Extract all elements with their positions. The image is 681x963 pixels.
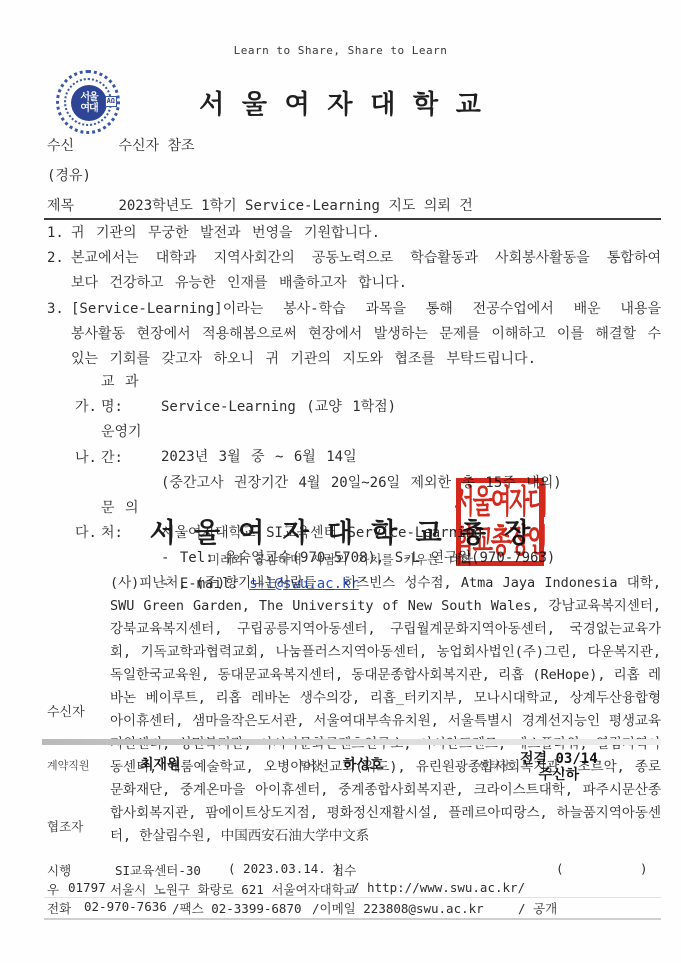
subject-label: 제목 bbox=[47, 191, 110, 221]
postal-code: 01797 bbox=[68, 880, 106, 895]
approval-line: 계약직원 최재원 팀장 하성호 센터장 전결 03/14 주신하 bbox=[0, 751, 681, 797]
footer-end-line bbox=[44, 918, 661, 920]
detail-label: 교 과 명: bbox=[101, 370, 161, 420]
recipients-list: (사)피난처, (주)향기내는사람들 _ 히즈빈스 성수점, Atma Jaya… bbox=[110, 572, 661, 848]
paragraph-text: [Service-Learning]이라는 봉사-학습 과목을 통해 전공수업에… bbox=[71, 301, 661, 367]
footer-divider-line bbox=[44, 897, 661, 898]
section-divider-bar bbox=[42, 739, 661, 745]
body-paragraphs: 1. 귀 기관의 무궁한 발전과 번영을 기원합니다. 2. 본교에서는 대학과… bbox=[47, 221, 661, 372]
recipient-label: 수신 bbox=[47, 131, 110, 161]
receive-paren-open: ( bbox=[556, 861, 564, 876]
approver-name: 하성호 bbox=[343, 754, 384, 774]
via-label: (경유) bbox=[47, 168, 91, 184]
university-tagline: 미래와 공감하며 사람의 가치를 키우는 대학 bbox=[0, 550, 681, 568]
paragraph-text: 본교에서는 대학과 지역사회간의 공동노력으로 학습활동과 사회봉사활동을 통합… bbox=[71, 250, 661, 291]
body-paragraph-1: 1. 귀 기관의 무궁한 발전과 번영을 기원합니다. bbox=[47, 221, 661, 246]
postal-label: 우 bbox=[47, 880, 59, 898]
seal-text-row2: 학교총장인 bbox=[454, 525, 545, 558]
paragraph-number: 2. bbox=[47, 246, 64, 271]
president-seal-stamp-icon: 서울여자대 학교총장인 bbox=[456, 478, 544, 566]
seal-text-row1: 서울여자대 bbox=[454, 486, 545, 519]
enforce-date: ( 2023.03.14. ) bbox=[228, 861, 341, 876]
enforce-label: 시행 bbox=[47, 861, 71, 879]
university-name-title: 서 울 여 자 대 학 교 bbox=[0, 84, 681, 121]
receive-label: 접수 bbox=[332, 861, 356, 879]
fax-number: /팩스 02-3399-6870 bbox=[172, 899, 302, 917]
cooperator-label: 협조자 bbox=[47, 817, 83, 835]
detail-label: 운영기간: bbox=[101, 420, 161, 470]
final-approval-block: 전결 03/14 주신하 bbox=[520, 751, 598, 783]
paragraph-text: 귀 기관의 무궁한 발전과 번영을 기원합니다. bbox=[71, 225, 380, 241]
detail-course-name: 가.교 과 명:Service-Learning (교양 1학점) bbox=[75, 370, 641, 420]
detail-value: Service-Learning (교양 1학점) bbox=[161, 399, 396, 415]
via-row: (경유) bbox=[47, 161, 661, 191]
phone-row: 전화 02-970-7636 /팩스 02-3399-6870 /이메일 223… bbox=[0, 899, 681, 917]
receive-paren-close: ) bbox=[640, 861, 648, 876]
document-meta: 수신 수신자 참조 (경유) 제목 2023학년도 1학기 Service-Le… bbox=[47, 131, 661, 221]
detail-number: 나. bbox=[75, 446, 101, 471]
recipient-row: 수신 수신자 참조 bbox=[47, 131, 661, 161]
approver-name: 최재원 bbox=[140, 754, 181, 774]
address-row: 우 01797 서울시 노원구 화랑로 621 서울여자대학교 / http:/… bbox=[0, 880, 681, 898]
email-address: /이메일 223808@swu.ac.kr bbox=[312, 899, 484, 917]
subject-value: 2023학년도 1학기 Service-Learning 지도 의뢰 건 bbox=[118, 198, 472, 214]
detail-period: 나.운영기간:2023년 3월 중 ~ 6월 14일 bbox=[75, 420, 641, 470]
recipient-value: 수신자 참조 bbox=[118, 138, 194, 154]
approver-role: 센터장 bbox=[478, 757, 510, 773]
final-approver-name: 주신하 bbox=[539, 767, 580, 783]
document-number: SI교육센터-30 bbox=[115, 861, 201, 879]
final-approval-note: 전결 03/14 bbox=[520, 751, 598, 767]
homepage-url: / http://www.swu.ac.kr/ bbox=[352, 880, 525, 895]
president-signature-title: 서 울 여 자 대 학 교 총 장 bbox=[0, 511, 681, 550]
subject-divider-line bbox=[44, 218, 661, 220]
approver-role: 팀장 bbox=[300, 757, 321, 773]
address-text: 서울시 노원구 화랑로 621 서울여자대학교 bbox=[110, 880, 356, 898]
body-paragraph-3: 3. [Service-Learning]이라는 봉사-학습 과목을 통해 전공… bbox=[47, 297, 661, 373]
paragraph-number: 3. bbox=[47, 297, 64, 322]
recipients-section: 수신자 (사)피난처, (주)향기내는사람들 _ 히즈빈스 성수점, Atma … bbox=[47, 572, 661, 848]
detail-number: 가. bbox=[75, 395, 101, 420]
body-paragraph-2: 2. 본교에서는 대학과 지역사회간의 공동노력으로 학습활동과 사회봉사활동을… bbox=[47, 246, 661, 296]
recipients-label: 수신자 bbox=[47, 701, 110, 720]
official-document-page: Learn to Share, Share to Learn 서울 여대 ΑΩ … bbox=[0, 0, 681, 963]
tel-label: 전화 bbox=[47, 899, 71, 917]
detail-value: 2023년 3월 중 ~ 6월 14일 bbox=[161, 450, 357, 466]
subject-row: 제목 2023학년도 1학기 Service-Learning 지도 의뢰 건 bbox=[47, 191, 661, 221]
university-motto: Learn to Share, Share to Learn bbox=[0, 44, 681, 57]
paragraph-number: 1. bbox=[47, 221, 64, 246]
tel-number: 02-970-7636 bbox=[84, 899, 167, 914]
detail-period-note: (중간고사 권장기간 4월 20일~26일 제외한 총 15주 내외) bbox=[75, 471, 641, 496]
disclosure-label: / 공개 bbox=[518, 899, 557, 917]
enforce-row: 시행 SI교육센터-30 ( 2023.03.14. ) 접수 ( ) bbox=[0, 861, 681, 879]
approver-role: 계약직원 bbox=[47, 757, 90, 773]
